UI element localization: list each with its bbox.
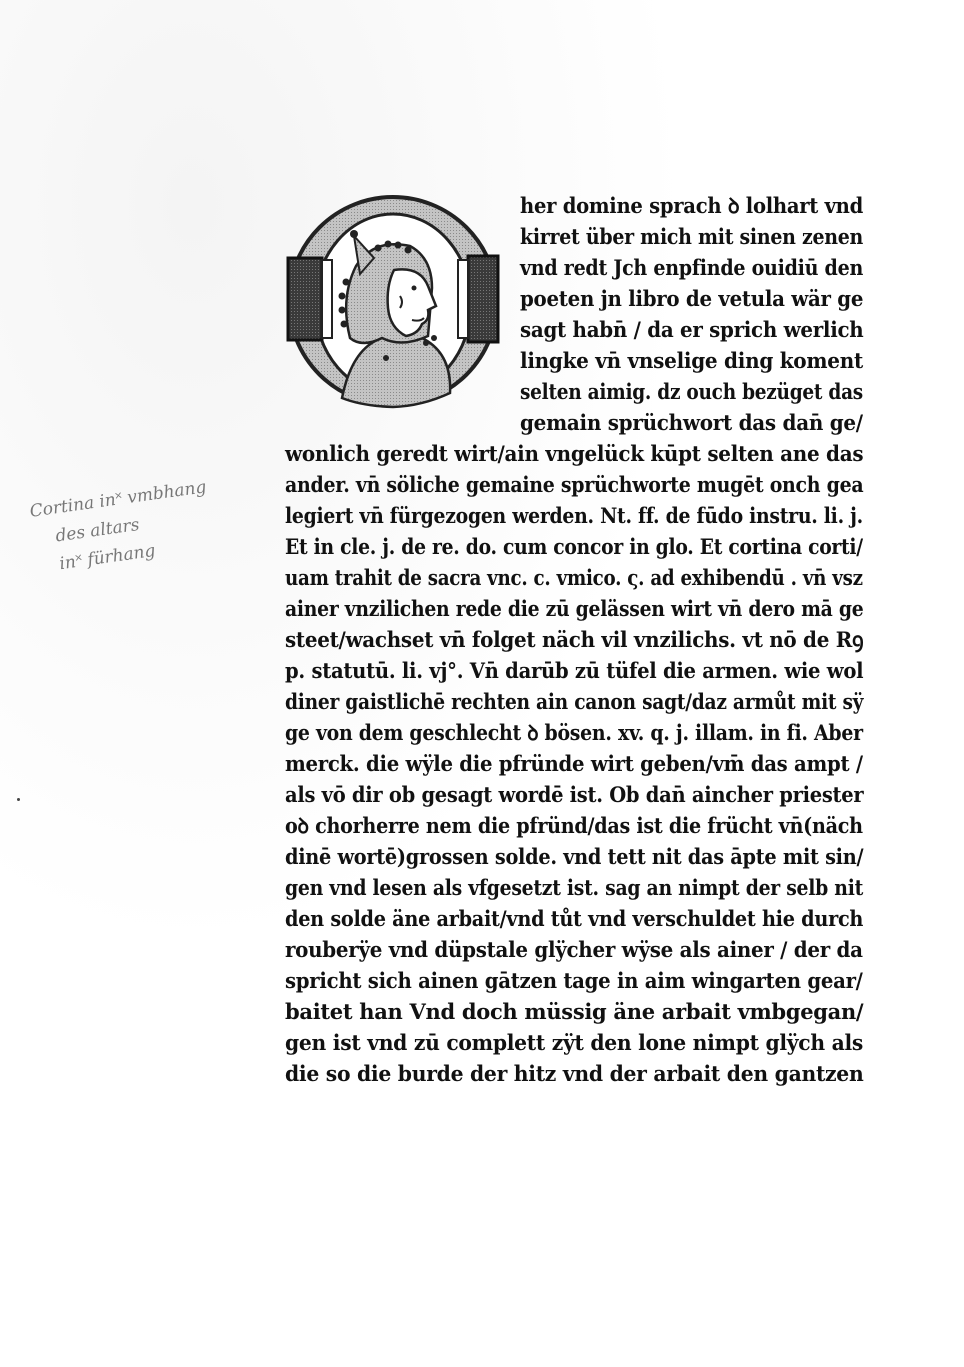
text-line: lingke vn̄ vnselige ding koment <box>520 345 863 376</box>
historiated-initial-o <box>282 188 504 410</box>
text-line: rouberÿe vnd düpstale glÿcher wÿse als a… <box>285 934 863 965</box>
text-line: poeten jn libro de vetula wär ge <box>520 283 863 314</box>
text-line: dinē wortē)grossen solde. vnd tett nit d… <box>285 841 863 872</box>
manuscript-page: her domine sprach ꝺ lolhart vnd kirret ü… <box>0 0 964 1367</box>
text-line: die so die burde der hitz vnd der arbait… <box>285 1058 863 1089</box>
text-line: den solde äne arbait/vnd tůt vnd verschu… <box>285 903 863 934</box>
text-line: baitet han Vnd doch müssig äne arbait vm… <box>285 996 863 1027</box>
text-line: vnd redt Jch enpfinde ouidiū den <box>520 252 863 283</box>
text-line: ainer vnzilichen rede die zū gelässen wi… <box>285 593 863 624</box>
text-line: merck. die wÿle die pfründe wirt geben/v… <box>285 748 863 779</box>
text-line: ander. vn̄ söliche gemaine sprüchworte m… <box>285 469 863 500</box>
text-line: wonlich geredt wirt/ain vngelück kūpt se… <box>285 438 863 469</box>
text-line: als vō dir ob gesagt wordē ist. Ob dan̄ … <box>285 779 863 810</box>
text-line: ge von dem geschlecht ꝺ bösen. xv. q. j.… <box>285 717 863 748</box>
stray-ink-mark <box>17 798 20 801</box>
text-line: Et in cle. j. de re. do. cum concor in g… <box>285 531 863 562</box>
text-line: sagt habn̄ / da er sprich werlich <box>520 314 863 345</box>
handwritten-marginal-note: Cortina in˟ vmbhang des altars in˟ fürha… <box>28 465 281 607</box>
text-line: gen ist vnd zū complett zÿt den lone nim… <box>285 1027 863 1058</box>
text-line: steet/wachset vn̄ folget näch vil vnzili… <box>285 624 863 655</box>
text-line: selten aimig. dz ouch bezüget das <box>520 376 863 407</box>
text-line: gen vnd lesen als vfgesetzt ist. sag an … <box>285 872 863 903</box>
text-line: spricht sich ainen gātzen tage in aim wi… <box>285 965 863 996</box>
text-line: uam trahit de sacra vnc. c. vmico. ς. ad… <box>285 562 863 593</box>
text-line: p. statutū. li. vj°. Vn̄ darūb zū tüfel … <box>285 655 863 686</box>
text-line: diner gaistlichē rechten ain canon sagt/… <box>285 686 863 717</box>
text-line: kirret über mich mit sinen zenen <box>520 221 863 252</box>
text-line: oꝺ chorherre nem die pfründ/das ist die … <box>285 810 863 841</box>
text-line: legiert vn̄ fürgezogen werden. Nt. ff. d… <box>285 500 863 531</box>
text-line: gemain sprüchwort das dan̄ ge/ <box>520 407 863 438</box>
text-line: her domine sprach ꝺ lolhart vnd <box>520 190 863 221</box>
